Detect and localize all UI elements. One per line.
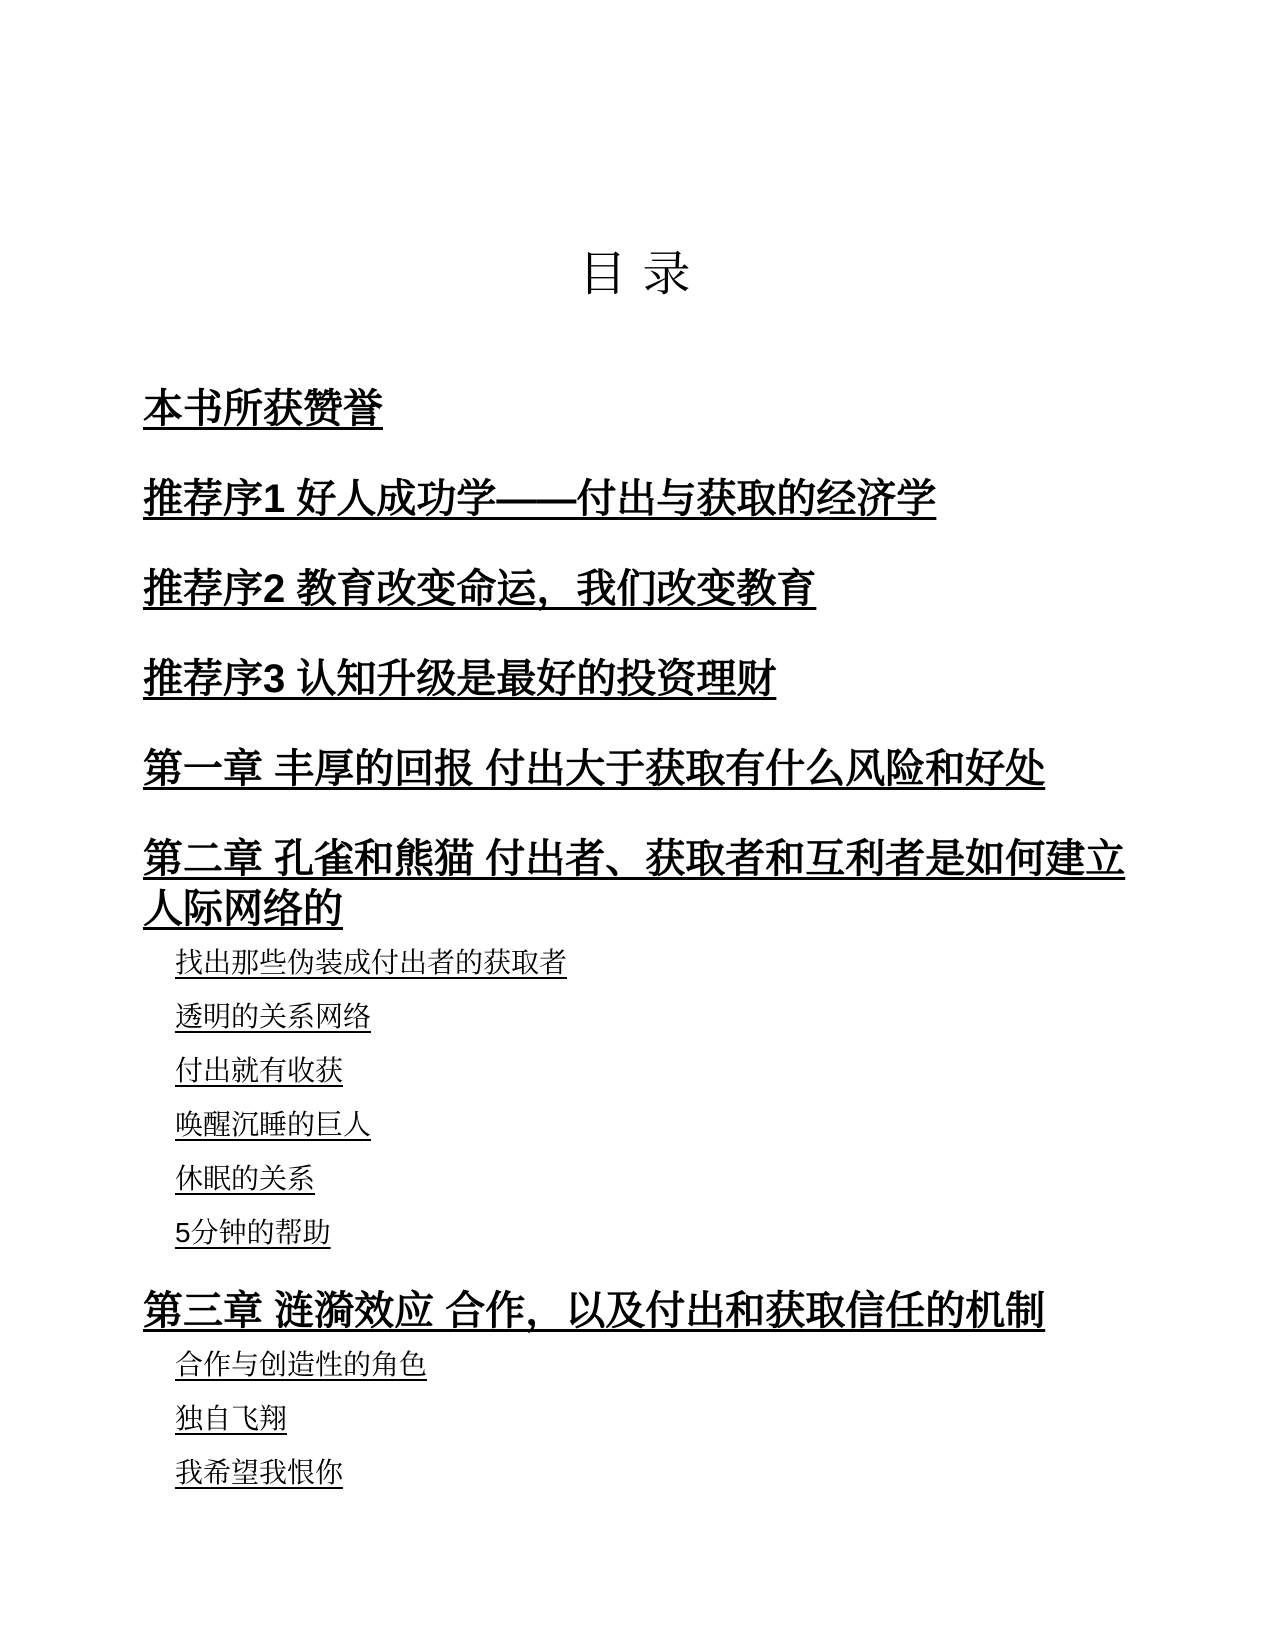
toc-list: 本书所获赞誉 推荐序1 好人成功学——付出与获取的经济学 推荐序2 教育改变命运… <box>143 384 1128 1488</box>
toc-entry-preface-1[interactable]: 推荐序1 好人成功学——付出与获取的经济学 <box>143 474 1128 524</box>
toc-entry-chapter-2[interactable]: 第二章 孔雀和熊猫 付出者、获取者和互利者是如何建立人际网络的 <box>143 834 1128 934</box>
toc-entry-book-praise[interactable]: 本书所获赞誉 <box>143 384 1128 434</box>
toc-entry-ch2-section-3[interactable]: 付出就有收获 <box>175 1056 1128 1086</box>
toc-entry-ch3-section-3[interactable]: 我希望我恨你 <box>175 1458 1128 1488</box>
toc-entry-ch2-section-1[interactable]: 找出那些伪装成付出者的获取者 <box>175 948 1128 978</box>
toc-entry-ch2-section-2[interactable]: 透明的关系网络 <box>175 1002 1128 1032</box>
toc-entry-ch2-section-5[interactable]: 休眠的关系 <box>175 1164 1128 1194</box>
toc-page: 目 录 本书所获赞誉 推荐序1 好人成功学——付出与获取的经济学 推荐序2 教育… <box>0 0 1275 1650</box>
toc-entry-ch3-section-1[interactable]: 合作与创造性的角色 <box>175 1350 1128 1380</box>
toc-entry-chapter-3[interactable]: 第三章 涟漪效应 合作，以及付出和获取信任的机制 <box>143 1286 1128 1336</box>
toc-entry-ch2-section-6[interactable]: 5分钟的帮助 <box>175 1218 1128 1248</box>
toc-entry-preface-2[interactable]: 推荐序2 教育改变命运，我们改变教育 <box>143 564 1128 614</box>
page-title: 目 录 <box>143 0 1128 300</box>
toc-entry-ch3-section-2[interactable]: 独自飞翔 <box>175 1404 1128 1434</box>
toc-entry-preface-3[interactable]: 推荐序3 认知升级是最好的投资理财 <box>143 654 1128 704</box>
toc-entry-ch2-section-4[interactable]: 唤醒沉睡的巨人 <box>175 1110 1128 1140</box>
toc-entry-chapter-1[interactable]: 第一章 丰厚的回报 付出大于获取有什么风险和好处 <box>143 744 1128 794</box>
